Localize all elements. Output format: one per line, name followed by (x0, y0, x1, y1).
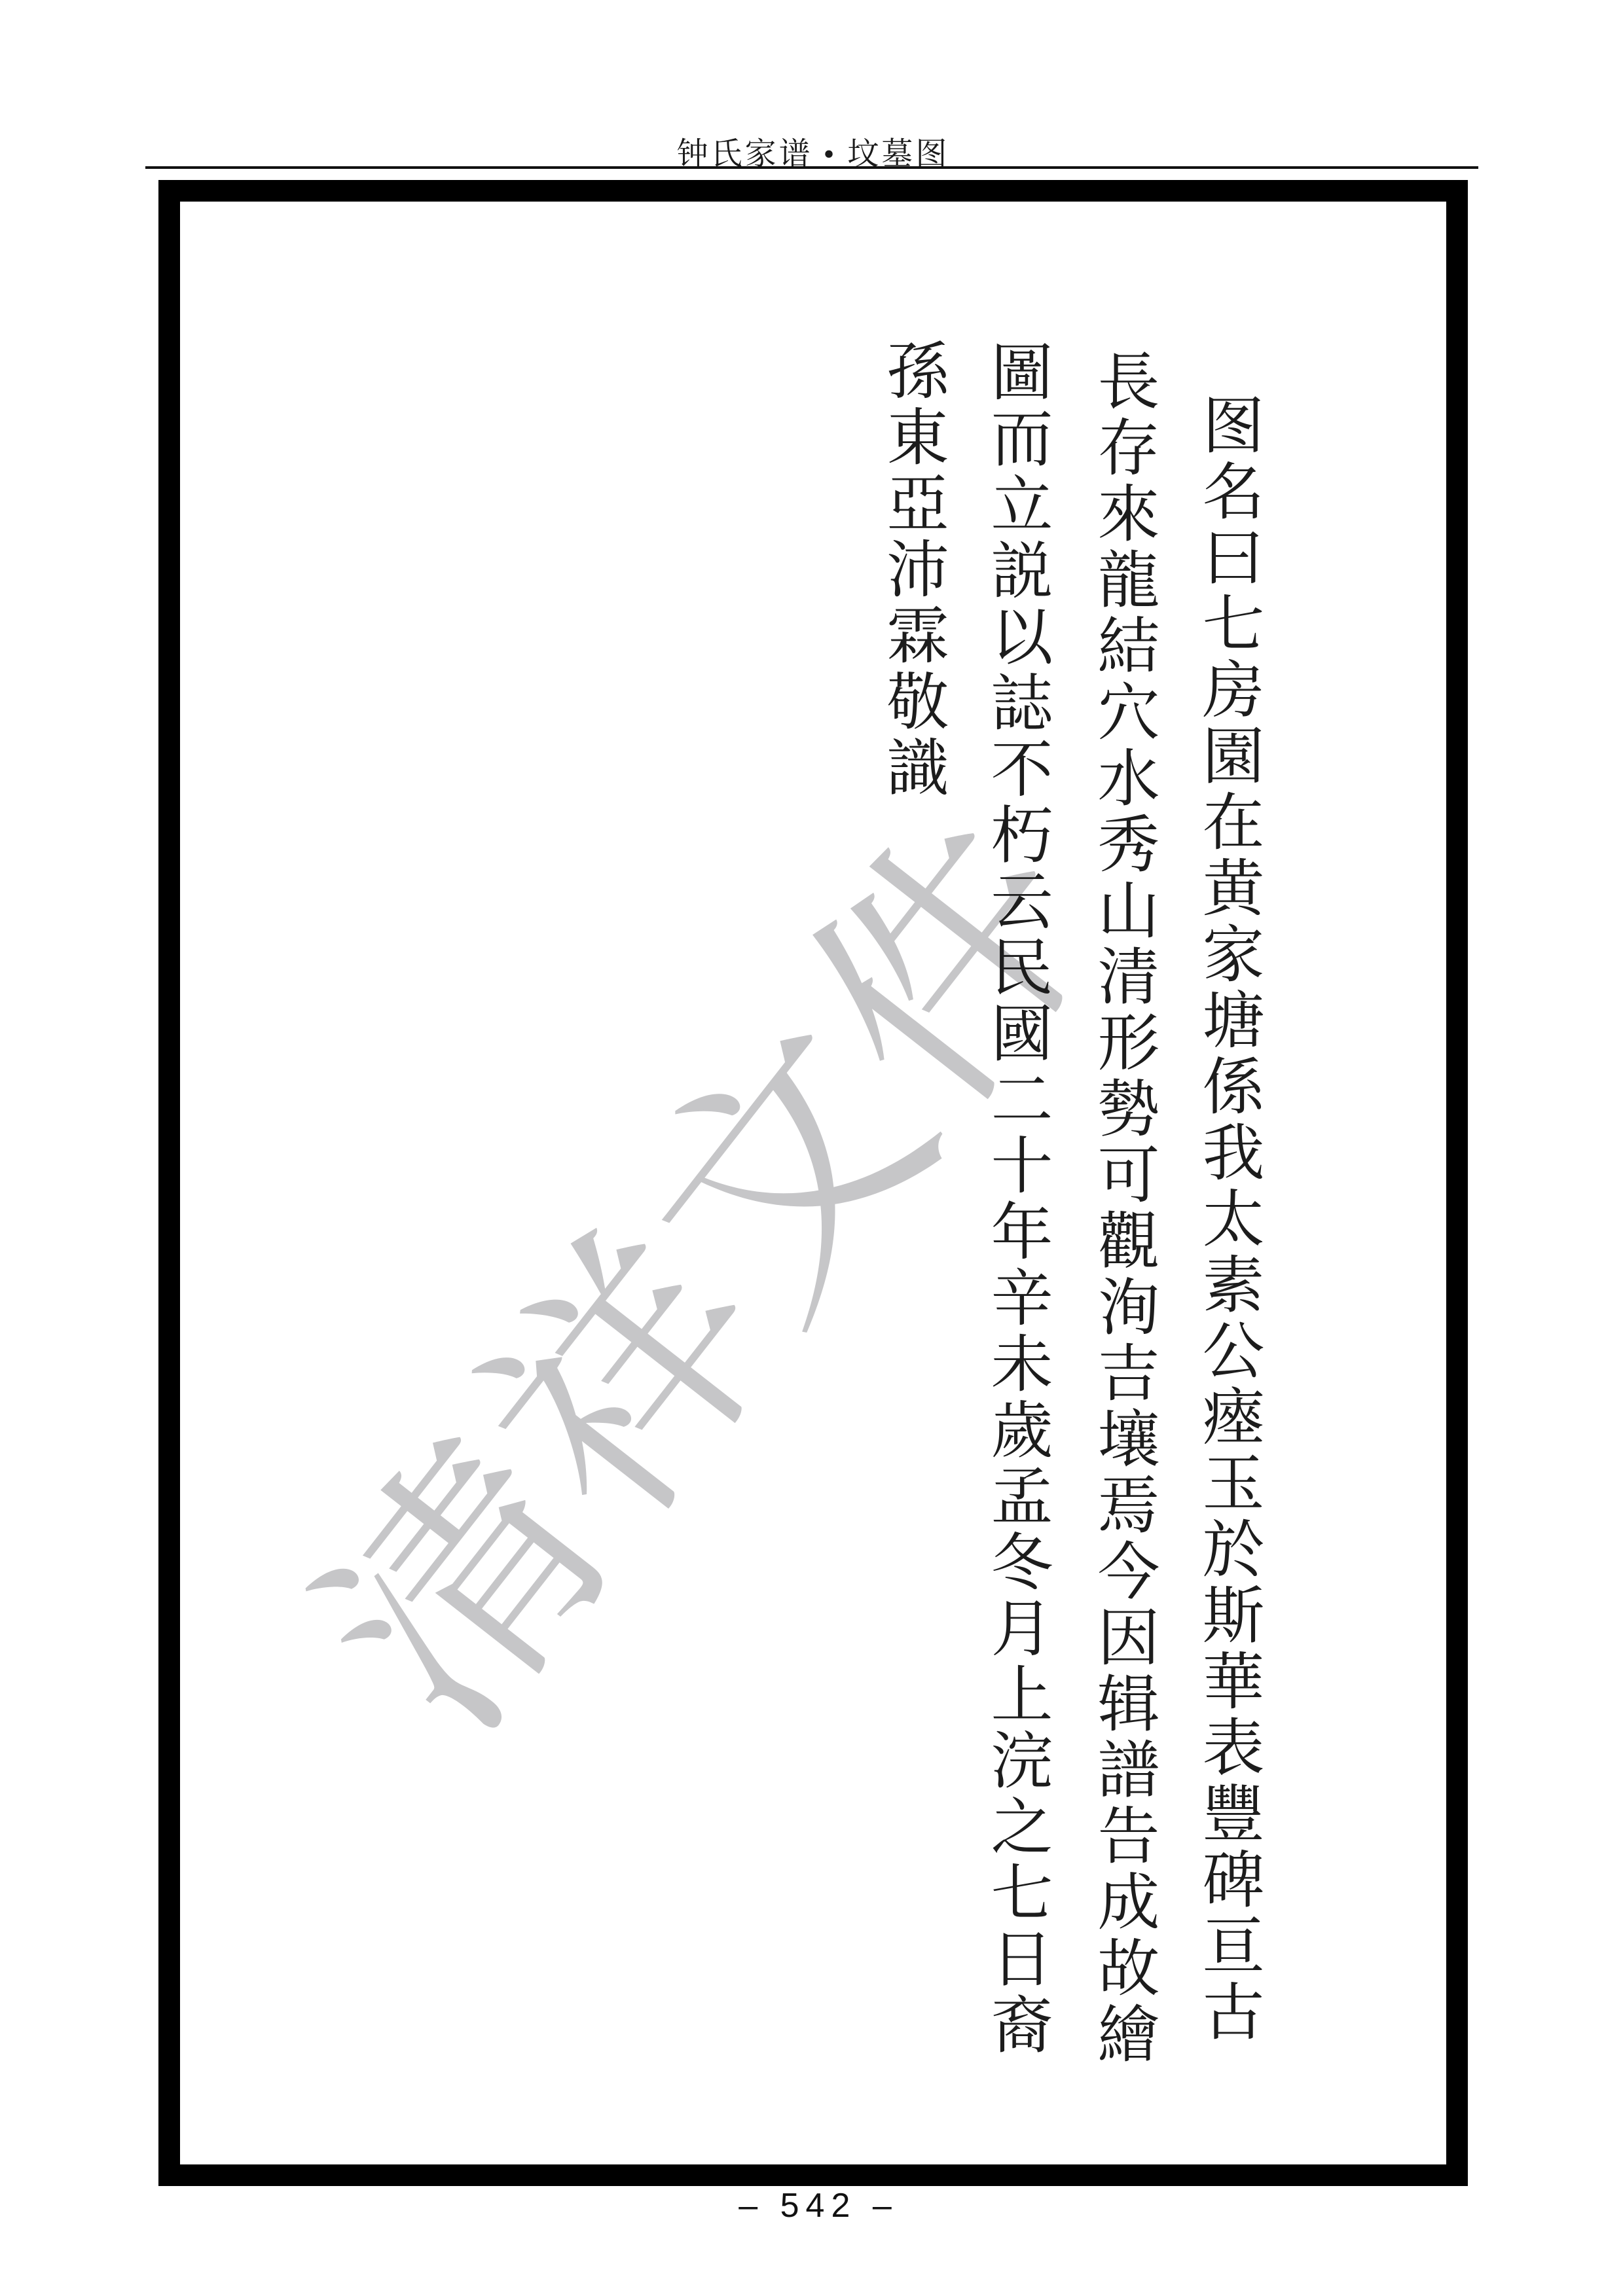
page-number: – 542 – (158, 2186, 1478, 2225)
text-column-1: 图名曰七房園在黄家塘係我太素公瘞玉於斯華表豐碑亘古 (1192, 393, 1264, 2045)
genealogy-page: 钟氏家谱 • 坟墓图 清祥文件 图名曰七房園在黄家塘係我太素公瘞玉於斯華表豐碑亘… (0, 0, 1623, 2296)
text-column-2: 長存來龍結穴水秀山清形勢可觀洵吉壤焉今因辑譜告成故繪 (1087, 349, 1159, 2068)
text-column-3: 圖而立説以誌不朽云民國二十年辛未歲孟冬月上浣之七日裔 (981, 340, 1053, 2058)
text-column-4-signature: 孫東亞沛霖敬識 (877, 338, 949, 801)
header-divider (145, 166, 1478, 169)
